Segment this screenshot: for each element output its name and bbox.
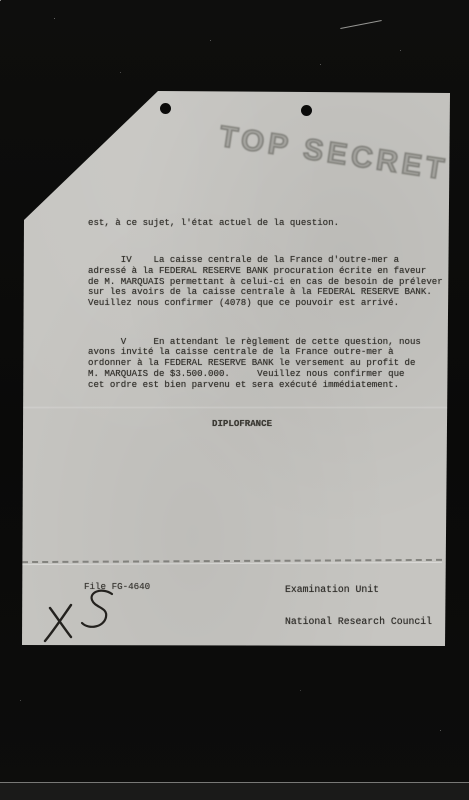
typed-body: est, à ce sujet, l'état actuel de la que… (88, 196, 460, 452)
footer-date: Dec. 11, 1944 (285, 649, 432, 660)
footer-unit: Examination Unit (285, 585, 432, 596)
scan-noise-specks (0, 0, 1, 1)
top-secret-stamp: TOP SECRET (217, 120, 469, 192)
intro-line: est, à ce sujet, l'état actuel de la que… (88, 218, 460, 229)
fold-crease-faint (20, 407, 452, 408)
scan-edge-strip (0, 783, 469, 800)
film-scratch (340, 20, 381, 29)
scanned-document-page: TOP SECRET est, à ce sujet, l'état actue… (0, 0, 469, 800)
handwritten-xs-mark (38, 586, 128, 648)
paragraph-iv: IV La caisse centrale de la France d'out… (88, 255, 460, 309)
footer-organization: National Research Council (285, 617, 432, 628)
punch-hole-right (301, 105, 312, 116)
footer-block: Examination Unit National Research Counc… (285, 564, 432, 681)
punch-hole-left (160, 103, 171, 114)
signature-diplofrance: DIPLOFRANCE (212, 419, 460, 430)
paragraph-v: V En attendant le règlement de cette que… (88, 337, 460, 391)
document-paper: TOP SECRET est, à ce sujet, l'état actue… (20, 90, 452, 648)
